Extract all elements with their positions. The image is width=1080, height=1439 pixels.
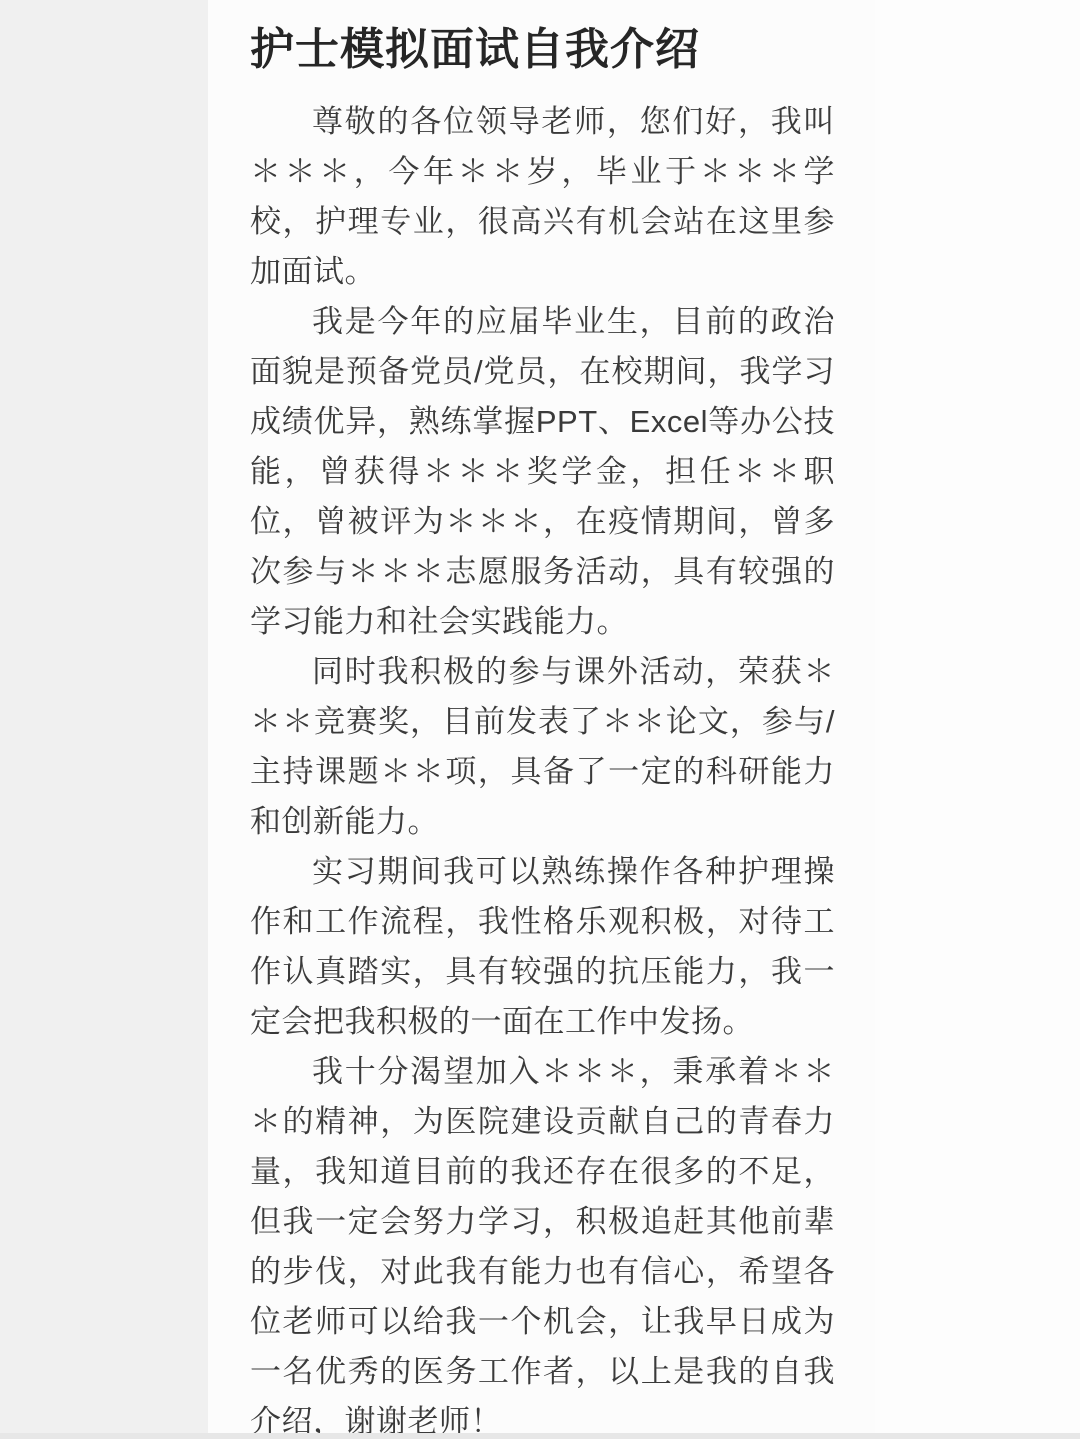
paragraph: 同时我积极的参与课外活动，荣获＊＊＊竞赛奖，目前发表了＊＊论文，参与/主持课题＊… <box>250 647 835 847</box>
paragraph: 实习期间我可以熟练操作各种护理操作和工作流程，我性格乐观积极，对待工作认真踏实，… <box>250 847 835 1047</box>
right-margin <box>875 0 1080 1433</box>
paragraph: 我十分渴望加入＊＊＊，秉承着＊＊＊的精神，为医院建设贡献自己的青春力量，我知道目… <box>250 1047 835 1439</box>
paragraph: 我是今年的应届毕业生，目前的政治面貌是预备党员/党员，在校期间，我学习成绩优异，… <box>250 297 835 647</box>
page-title: 护士模拟面试自我介绍 <box>250 24 835 77</box>
bottom-edge-strip <box>0 1433 1080 1439</box>
paragraph: 尊敬的各位领导老师，您们好，我叫＊＊＊，今年＊＊岁，毕业于＊＊＊学校，护理专业，… <box>250 97 835 297</box>
page: 护士模拟面试自我介绍 尊敬的各位领导老师，您们好，我叫＊＊＊，今年＊＊岁，毕业于… <box>0 0 1080 1439</box>
document-card: 护士模拟面试自我介绍 尊敬的各位领导老师，您们好，我叫＊＊＊，今年＊＊岁，毕业于… <box>208 0 875 1433</box>
document-body: 尊敬的各位领导老师，您们好，我叫＊＊＊，今年＊＊岁，毕业于＊＊＊学校，护理专业，… <box>250 97 835 1439</box>
